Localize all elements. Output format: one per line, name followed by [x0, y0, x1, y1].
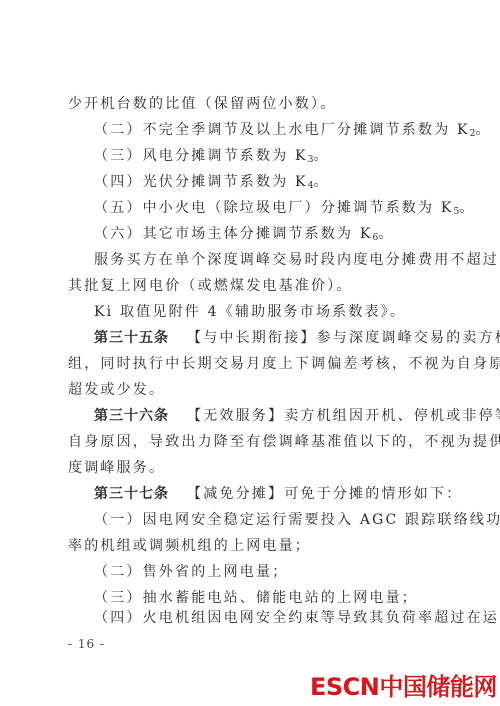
text-line: 自身原因，导致出力降至有偿调峰基准值以下的，不视为提供深 [68, 432, 500, 452]
article-heading: 第三十六条 [94, 408, 169, 424]
text-line: 服务买方在单个深度调峰交易时段内度电分摊费用不超过 [94, 250, 499, 270]
text-line: 超发或少发。 [68, 380, 165, 400]
text-line: （三）抽水蓄能电站、储能电站的上网电量； [94, 588, 418, 608]
article-heading: 第三十五条 [94, 330, 169, 346]
text-line: （二）售外省的上网电量； [94, 562, 288, 582]
article-36-line: 第三十六条【无效服务】卖方机组因开机、停机或非停等 [94, 406, 500, 426]
text-line: （四）光伏分摊调节系数为 K4。 [94, 172, 330, 196]
text-line: （六）其它市场主体分摊调节系数为 K6。 [94, 224, 394, 248]
text-line: （一）因电网安全稳定运行需要投入 AGC 跟踪联络线功 [94, 510, 500, 530]
text-line: 组，同时执行中长期交易月度上下调偏差考核，不视为自身原因 [68, 354, 500, 374]
escn-watermark-logo: ESCN中国储能网 [310, 667, 497, 702]
article-35-line: 第三十五条【与中长期衔接】参与深度调峰交易的卖方机 [94, 328, 500, 348]
article-37-line: 第三十七条【减免分摊】可免于分摊的情形如下： [94, 484, 462, 504]
text-line: （三）风电分摊调节系数为 K3。 [94, 146, 330, 170]
text-line: 其批复上网电价（或燃煤发电基准价）。 [68, 276, 353, 296]
text-line: Ki 取值见附件 4《辅助服务市场系数表》。 [94, 302, 406, 322]
text-line: 少开机台数的比值（保留两位小数）。 [68, 94, 336, 114]
page-number: - 16 - [68, 637, 105, 651]
text-line: （五）中小火电（除垃圾电厂）分摊调节系数为 K5。 [94, 198, 475, 222]
text-line: （二）不完全季调节及以上水电厂分摊调节系数为 K2。 [94, 120, 492, 144]
text-line: 度调峰服务。 [68, 458, 165, 478]
text-line: （四）火电机组因电网安全约束等导致其负荷率超过在运 [94, 608, 499, 628]
text-line: 率的机组或调频机组的上网电量； [68, 536, 311, 556]
article-heading: 第三十七条 [94, 486, 169, 502]
